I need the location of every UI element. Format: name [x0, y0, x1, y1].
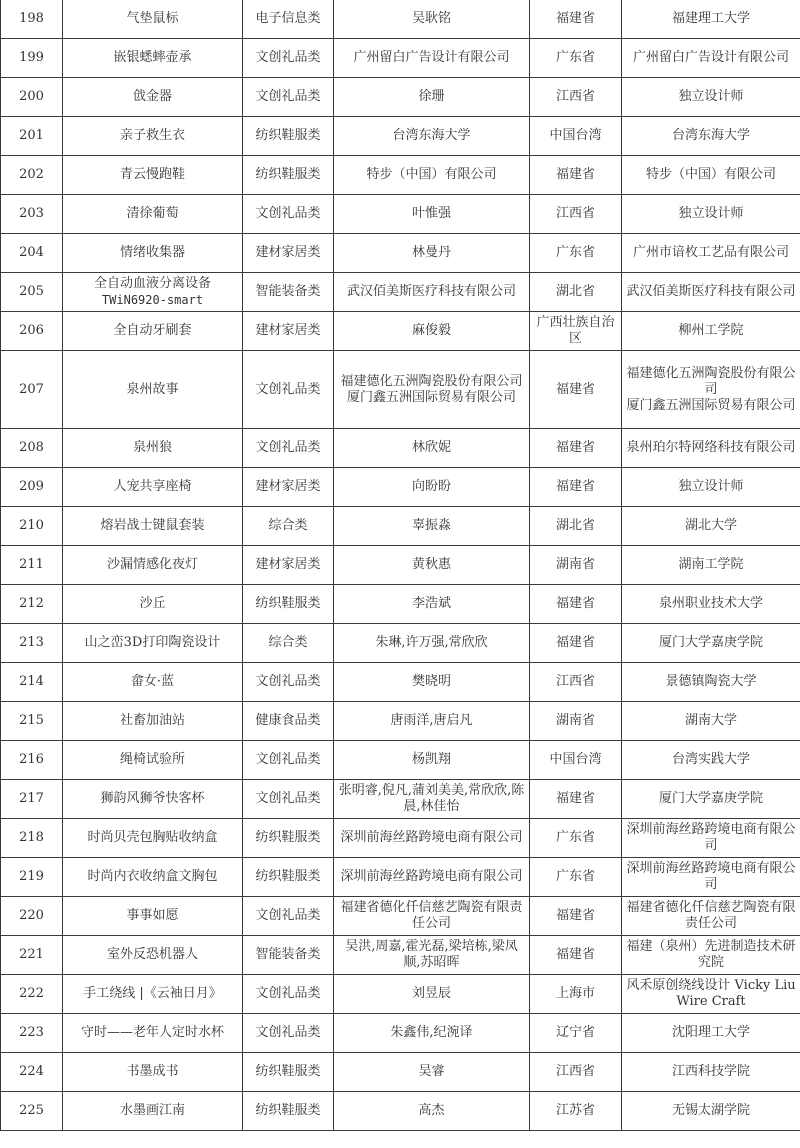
cell-number: 215 — [1, 702, 63, 741]
table-row: 218时尚贝壳包胸贴收纳盒纺织鞋服类深圳前海丝路跨境电商有限公司广东省深圳前海丝… — [1, 819, 800, 858]
cell-organization: 泉州职业技术大学 — [622, 585, 800, 624]
cell-author: 武汉佰美斯医疗科技有限公司 — [334, 273, 530, 312]
cell-work-name: 人宠共享座椅 — [63, 468, 243, 507]
cell-number: 208 — [1, 429, 63, 468]
cell-work-name: 嵌银蟋蟀壶承 — [63, 39, 243, 78]
cell-category: 综合类 — [243, 624, 334, 663]
cell-category: 纺织鞋服类 — [243, 117, 334, 156]
cell-author: 叶惟强 — [334, 195, 530, 234]
cell-province: 中国台湾 — [530, 741, 622, 780]
cell-work-name: 事事如愿 — [63, 897, 243, 936]
cell-province: 湖南省 — [530, 546, 622, 585]
cell-author: 麻俊毅 — [334, 312, 530, 351]
cell-category: 文创礼品类 — [243, 1014, 334, 1053]
cell-province: 福建省 — [530, 624, 622, 663]
cell-organization: 柳州工学院 — [622, 312, 800, 351]
cell-author: 向盼盼 — [334, 468, 530, 507]
table-row: 222手工绕线 |《云袖日月》文创礼品类刘昱辰上海市风禾原创绕线设计 Vicky… — [1, 975, 800, 1014]
cell-organization: 广州市谙枚工艺品有限公司 — [622, 234, 800, 273]
cell-author: 深圳前海丝路跨境电商有限公司 — [334, 819, 530, 858]
cell-number: 216 — [1, 741, 63, 780]
cell-number: 203 — [1, 195, 63, 234]
table-row: 210熔岩战士键鼠套装综合类辜振淼湖北省湖北大学 — [1, 507, 800, 546]
cell-work-name: 沙漏情感化夜灯 — [63, 546, 243, 585]
cell-category: 电子信息类 — [243, 0, 334, 39]
cell-province: 江西省 — [530, 195, 622, 234]
table-row: 208泉州狼文创礼品类林欣妮福建省泉州珀尔特网络科技有限公司 — [1, 429, 800, 468]
cell-author: 辜振淼 — [334, 507, 530, 546]
table-row: 200戗金器文创礼品类徐珊江西省独立设计师 — [1, 78, 800, 117]
cell-number: 213 — [1, 624, 63, 663]
cell-category: 文创礼品类 — [243, 741, 334, 780]
cell-work-name-line1: 全自动血液分离设备 — [66, 276, 239, 292]
table-row: 202青云慢跑鞋纺织鞋服类特步（中国）有限公司福建省特步（中国）有限公司 — [1, 156, 800, 195]
cell-author: 朱鑫伟,纪涴译 — [334, 1014, 530, 1053]
cell-author: 广州留白广告设计有限公司 — [334, 39, 530, 78]
cell-organization: 福建德化五洲陶瓷股份有限公司厦门鑫五洲国际贸易有限公司 — [622, 351, 800, 429]
cell-category: 纺织鞋服类 — [243, 1053, 334, 1092]
cell-author: 吴睿 — [334, 1053, 530, 1092]
cell-category: 建材家居类 — [243, 468, 334, 507]
table-row: 199嵌银蟋蟀壶承文创礼品类广州留白广告设计有限公司广东省广州留白广告设计有限公… — [1, 39, 800, 78]
cell-organization: 湖南工学院 — [622, 546, 800, 585]
cell-category: 文创礼品类 — [243, 429, 334, 468]
cell-number: 202 — [1, 156, 63, 195]
cell-category: 文创礼品类 — [243, 195, 334, 234]
cell-work-name: 时尚贝壳包胸贴收纳盒 — [63, 819, 243, 858]
cell-work-name: 青云慢跑鞋 — [63, 156, 243, 195]
cell-organization: 沈阳理工大学 — [622, 1014, 800, 1053]
cell-work-name: 时尚内衣收纳盒文胸包 — [63, 858, 243, 897]
cell-province: 中国台湾 — [530, 117, 622, 156]
cell-province: 湖北省 — [530, 507, 622, 546]
cell-number: 201 — [1, 117, 63, 156]
cell-organization: 独立设计师 — [622, 468, 800, 507]
cell-organization: 台湾东海大学 — [622, 117, 800, 156]
cell-category: 纺织鞋服类 — [243, 1092, 334, 1131]
cell-work-name: 守时——老年人定时水杯 — [63, 1014, 243, 1053]
cell-work-name: 全自动牙刷套 — [63, 312, 243, 351]
cell-work-name: 山之峦3D打印陶瓷设计 — [63, 624, 243, 663]
cell-work-name: 亲子救生衣 — [63, 117, 243, 156]
cell-province: 江苏省 — [530, 1092, 622, 1131]
cell-number: 207 — [1, 351, 63, 429]
table-row: 201亲子救生衣纺织鞋服类台湾东海大学中国台湾台湾东海大学 — [1, 117, 800, 156]
cell-organization: 景德镇陶瓷大学 — [622, 663, 800, 702]
cell-number: 223 — [1, 1014, 63, 1053]
cell-author: 深圳前海丝路跨境电商有限公司 — [334, 858, 530, 897]
cell-organization: 风禾原创绕线设计 Vicky Liu Wire Craft — [622, 975, 800, 1014]
cell-number: 209 — [1, 468, 63, 507]
table-row: 220事事如愿文创礼品类福建省德化仟信慈艺陶瓷有限责任公司福建省福建省德化仟信慈… — [1, 897, 800, 936]
cell-author: 福建德化五洲陶瓷股份有限公司厦门鑫五洲国际贸易有限公司 — [334, 351, 530, 429]
cell-author: 吴耿铭 — [334, 0, 530, 39]
cell-author: 台湾东海大学 — [334, 117, 530, 156]
cell-number: 206 — [1, 312, 63, 351]
table-row: 209人宠共享座椅建材家居类向盼盼福建省独立设计师 — [1, 468, 800, 507]
cell-province: 江西省 — [530, 78, 622, 117]
cell-organization-line1: 福建德化五洲陶瓷股份有限公司 — [625, 366, 797, 398]
cell-category: 建材家居类 — [243, 234, 334, 273]
cell-province: 江西省 — [530, 663, 622, 702]
cell-work-name: 戗金器 — [63, 78, 243, 117]
cell-province: 福建省 — [530, 429, 622, 468]
cell-organization: 泉州珀尔特网络科技有限公司 — [622, 429, 800, 468]
cell-province: 广东省 — [530, 234, 622, 273]
table-row: 214畲女·蓝文创礼品类樊晓明江西省景德镇陶瓷大学 — [1, 663, 800, 702]
table-row: 223守时——老年人定时水杯文创礼品类朱鑫伟,纪涴译辽宁省沈阳理工大学 — [1, 1014, 800, 1053]
cell-organization: 福建理工大学 — [622, 0, 800, 39]
cell-organization: 独立设计师 — [622, 195, 800, 234]
cell-province: 上海市 — [530, 975, 622, 1014]
cell-organization: 独立设计师 — [622, 78, 800, 117]
cell-author: 福建省德化仟信慈艺陶瓷有限责任公司 — [334, 897, 530, 936]
cell-number: 218 — [1, 819, 63, 858]
cell-work-name: 清徐葡萄 — [63, 195, 243, 234]
cell-author: 林欣妮 — [334, 429, 530, 468]
cell-author: 唐雨洋,唐启凡 — [334, 702, 530, 741]
cell-province: 福建省 — [530, 585, 622, 624]
cell-number: 199 — [1, 39, 63, 78]
cell-work-name: 沙丘 — [63, 585, 243, 624]
cell-category: 智能装备类 — [243, 936, 334, 975]
cell-work-name: 情绪收集器 — [63, 234, 243, 273]
cell-province: 广东省 — [530, 39, 622, 78]
cell-category: 文创礼品类 — [243, 897, 334, 936]
cell-category: 文创礼品类 — [243, 351, 334, 429]
cell-number: 205 — [1, 273, 63, 312]
cell-work-name: 全自动血液分离设备TWiN6920-smart — [63, 273, 243, 312]
cell-author-line2: 厦门鑫五洲国际贸易有限公司 — [337, 390, 526, 406]
cell-province: 湖北省 — [530, 273, 622, 312]
cell-number: 214 — [1, 663, 63, 702]
table-row: 206全自动牙刷套建材家居类麻俊毅广西壮族自治区柳州工学院 — [1, 312, 800, 351]
cell-author: 林曼丹 — [334, 234, 530, 273]
cell-author-line1: 福建德化五洲陶瓷股份有限公司 — [337, 374, 526, 390]
cell-category: 建材家居类 — [243, 312, 334, 351]
cell-number: 220 — [1, 897, 63, 936]
cell-category: 文创礼品类 — [243, 39, 334, 78]
cell-work-name: 熔岩战士键鼠套装 — [63, 507, 243, 546]
cell-author: 特步（中国）有限公司 — [334, 156, 530, 195]
cell-work-name: 泉州故事 — [63, 351, 243, 429]
cell-work-name: 书墨成书 — [63, 1053, 243, 1092]
cell-province: 福建省 — [530, 468, 622, 507]
cell-work-name: 手工绕线 |《云袖日月》 — [63, 975, 243, 1014]
cell-province: 江西省 — [530, 1053, 622, 1092]
table-body: 198气垫鼠标电子信息类吴耿铭福建省福建理工大学199嵌银蟋蟀壶承文创礼品类广州… — [1, 0, 800, 1131]
table-row: 215社畜加油站健康食品类唐雨洋,唐启凡湖南省湖南大学 — [1, 702, 800, 741]
cell-province: 湖南省 — [530, 702, 622, 741]
cell-number: 219 — [1, 858, 63, 897]
cell-category: 建材家居类 — [243, 546, 334, 585]
cell-number: 198 — [1, 0, 63, 39]
cell-organization: 广州留白广告设计有限公司 — [622, 39, 800, 78]
table-row: 219时尚内衣收纳盒文胸包纺织鞋服类深圳前海丝路跨境电商有限公司广东省深圳前海丝… — [1, 858, 800, 897]
cell-organization: 深圳前海丝路跨境电商有限公司 — [622, 819, 800, 858]
cell-work-name: 绳椅试验所 — [63, 741, 243, 780]
cell-author: 李浩斌 — [334, 585, 530, 624]
cell-author: 吴洪,周嘉,霍光磊,梁培栋,梁凤顺,苏昭晖 — [334, 936, 530, 975]
cell-author: 樊晓明 — [334, 663, 530, 702]
cell-organization: 福建（泉州）先进制造技术研究院 — [622, 936, 800, 975]
cell-author: 杨凯翔 — [334, 741, 530, 780]
cell-work-name: 气垫鼠标 — [63, 0, 243, 39]
table-row: 212沙丘纺织鞋服类李浩斌福建省泉州职业技术大学 — [1, 585, 800, 624]
cell-organization: 湖南大学 — [622, 702, 800, 741]
cell-organization: 厦门大学嘉庚学院 — [622, 780, 800, 819]
table-row: 225水墨画江南纺织鞋服类高杰江苏省无锡太湖学院 — [1, 1092, 800, 1131]
cell-category: 文创礼品类 — [243, 78, 334, 117]
cell-organization: 特步（中国）有限公司 — [622, 156, 800, 195]
cell-province: 福建省 — [530, 0, 622, 39]
cell-organization: 武汉佰美斯医疗科技有限公司 — [622, 273, 800, 312]
cell-category: 文创礼品类 — [243, 780, 334, 819]
cell-organization: 台湾实践大学 — [622, 741, 800, 780]
cell-organization: 深圳前海丝路跨境电商有限公司 — [622, 858, 800, 897]
cell-category: 综合类 — [243, 507, 334, 546]
cell-province: 广西壮族自治区 — [530, 312, 622, 351]
cell-province: 福建省 — [530, 780, 622, 819]
cell-author: 徐珊 — [334, 78, 530, 117]
cell-province: 福建省 — [530, 897, 622, 936]
cell-province: 辽宁省 — [530, 1014, 622, 1053]
cell-number: 221 — [1, 936, 63, 975]
cell-author: 黄秋惠 — [334, 546, 530, 585]
cell-province: 福建省 — [530, 351, 622, 429]
cell-organization-line2: 厦门鑫五洲国际贸易有限公司 — [625, 398, 797, 414]
cell-work-name: 泉州狼 — [63, 429, 243, 468]
cell-number: 225 — [1, 1092, 63, 1131]
cell-author: 朱琳,许万强,常欣欣 — [334, 624, 530, 663]
cell-work-name: 室外反恐机器人 — [63, 936, 243, 975]
table-row: 207泉州故事文创礼品类福建德化五洲陶瓷股份有限公司厦门鑫五洲国际贸易有限公司福… — [1, 351, 800, 429]
cell-work-name: 狮韵风狮爷快客杯 — [63, 780, 243, 819]
cell-category: 纺织鞋服类 — [243, 819, 334, 858]
table-row: 205全自动血液分离设备TWiN6920-smart智能装备类武汉佰美斯医疗科技… — [1, 273, 800, 312]
cell-work-name: 畲女·蓝 — [63, 663, 243, 702]
cell-author: 张明睿,倪凡,蒲刘美美,常欣欣,陈晨,林佳怡 — [334, 780, 530, 819]
cell-province: 福建省 — [530, 156, 622, 195]
cell-number: 217 — [1, 780, 63, 819]
cell-number: 200 — [1, 78, 63, 117]
cell-category: 文创礼品类 — [243, 975, 334, 1014]
cell-work-name-line2: TWiN6920-smart — [66, 292, 239, 308]
cell-organization: 无锡太湖学院 — [622, 1092, 800, 1131]
cell-organization: 厦门大学嘉庚学院 — [622, 624, 800, 663]
table-row: 224书墨成书纺织鞋服类吴睿江西省江西科技学院 — [1, 1053, 800, 1092]
cell-number: 211 — [1, 546, 63, 585]
cell-category: 纺织鞋服类 — [243, 585, 334, 624]
table-row: 204情绪收集器建材家居类林曼丹广东省广州市谙枚工艺品有限公司 — [1, 234, 800, 273]
cell-category: 健康食品类 — [243, 702, 334, 741]
cell-number: 224 — [1, 1053, 63, 1092]
cell-province: 福建省 — [530, 936, 622, 975]
table-row: 217狮韵风狮爷快客杯文创礼品类张明睿,倪凡,蒲刘美美,常欣欣,陈晨,林佳怡福建… — [1, 780, 800, 819]
cell-number: 212 — [1, 585, 63, 624]
cell-category: 纺织鞋服类 — [243, 858, 334, 897]
cell-organization: 江西科技学院 — [622, 1053, 800, 1092]
table-row: 198气垫鼠标电子信息类吴耿铭福建省福建理工大学 — [1, 0, 800, 39]
cell-category: 智能装备类 — [243, 273, 334, 312]
cell-work-name: 水墨画江南 — [63, 1092, 243, 1131]
table-row: 211沙漏情感化夜灯建材家居类黄秋惠湖南省湖南工学院 — [1, 546, 800, 585]
cell-province: 广东省 — [530, 819, 622, 858]
cell-number: 222 — [1, 975, 63, 1014]
cell-number: 210 — [1, 507, 63, 546]
table-row: 216绳椅试验所文创礼品类杨凯翔中国台湾台湾实践大学 — [1, 741, 800, 780]
table-row: 221室外反恐机器人智能装备类吴洪,周嘉,霍光磊,梁培栋,梁凤顺,苏昭晖福建省福… — [1, 936, 800, 975]
award-list-table: 198气垫鼠标电子信息类吴耿铭福建省福建理工大学199嵌银蟋蟀壶承文创礼品类广州… — [0, 0, 800, 1131]
table-row: 203清徐葡萄文创礼品类叶惟强江西省独立设计师 — [1, 195, 800, 234]
table-row: 213山之峦3D打印陶瓷设计综合类朱琳,许万强,常欣欣福建省厦门大学嘉庚学院 — [1, 624, 800, 663]
cell-work-name: 社畜加油站 — [63, 702, 243, 741]
cell-author: 高杰 — [334, 1092, 530, 1131]
cell-number: 204 — [1, 234, 63, 273]
cell-author: 刘昱辰 — [334, 975, 530, 1014]
cell-organization: 湖北大学 — [622, 507, 800, 546]
cell-organization: 福建省德化仟信慈艺陶瓷有限责任公司 — [622, 897, 800, 936]
cell-category: 文创礼品类 — [243, 663, 334, 702]
cell-category: 纺织鞋服类 — [243, 156, 334, 195]
cell-province: 广东省 — [530, 858, 622, 897]
